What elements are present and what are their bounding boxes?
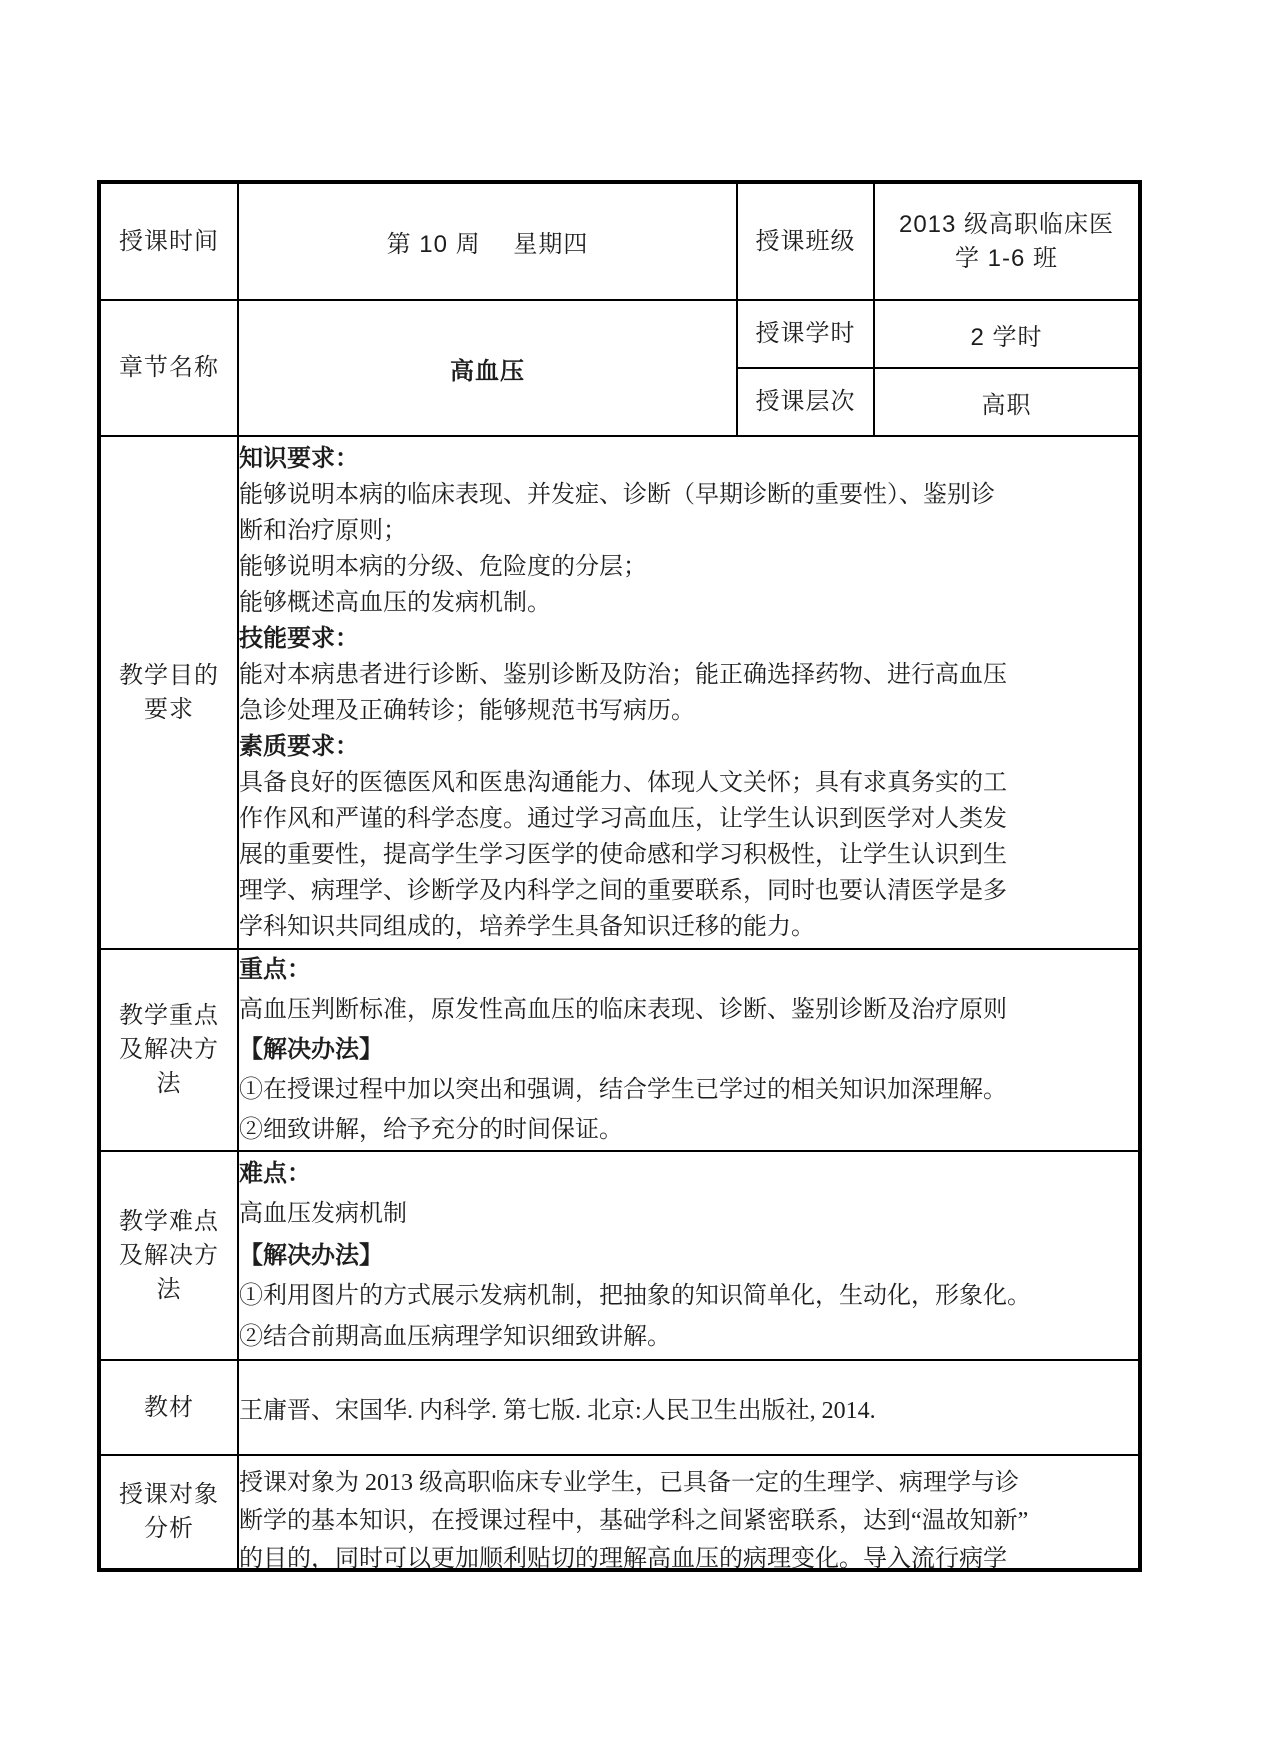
text-line: 具备良好的医德医风和医患沟通能力、体现人文关怀；具有求真务实的工 — [239, 765, 1138, 801]
label-chapter: 章节名称 — [99, 300, 238, 436]
clipped-text-block: 授课对象为 2013 级高职临床专业学生，已具备一定的生理学、病理学与诊 断学的… — [239, 1456, 1138, 1568]
lesson-plan-sheet: 授课时间 第 10 周 星期四 授课班级 2013 级高职临床医 学 1-6 班… — [97, 180, 1142, 1572]
label-line: 及解决方 — [101, 1033, 237, 1067]
label-line: 教学重点 — [101, 999, 237, 1033]
text-line: 高血压发病机制 — [239, 1194, 1138, 1235]
text-line: 能够说明本病的临床表现、并发症、诊断（早期诊断的重要性）、鉴别诊 — [239, 477, 1138, 513]
text-line: ①在授课过程中加以突出和强调，结合学生已学过的相关知识加深理解。 — [239, 1070, 1138, 1110]
content-audience: 授课对象为 2013 级高职临床专业学生，已具备一定的生理学、病理学与诊 断学的… — [238, 1455, 1140, 1570]
label-line: 授课对象 — [101, 1478, 237, 1512]
text-line: 作作风和严谨的科学态度。通过学习高血压，让学生认识到医学对人类发 — [239, 801, 1138, 837]
value-hours: 2 学时 — [874, 300, 1140, 368]
label-audience: 授课对象 分析 — [99, 1455, 238, 1570]
label-objectives: 教学目的 要求 — [99, 436, 238, 949]
text-line: 学 1-6 班 — [875, 242, 1138, 276]
row-chapter-hours: 章节名称 高血压 授课学时 2 学时 — [99, 300, 1140, 368]
content-key-points: 重点： 高血压判断标准，原发性高血压的临床表现、诊断、鉴别诊断及治疗原则 【解决… — [238, 949, 1140, 1151]
label-teaching-time: 授课时间 — [99, 182, 238, 300]
label-class-group: 授课班级 — [737, 182, 874, 300]
text-line: 展的重要性，提高学生学习医学的使命感和学习积极性，让学生认识到生 — [239, 837, 1138, 873]
text-line: 急诊处理及正确转诊；能够规范书写病历。 — [239, 693, 1138, 729]
label-difficult-points: 教学难点 及解决方 法 — [99, 1151, 238, 1360]
text-line: 能够概述高血压的发病机制。 — [239, 585, 1138, 621]
row-audience: 授课对象 分析 授课对象为 2013 级高职临床专业学生，已具备一定的生理学、病… — [99, 1455, 1140, 1570]
label-line: 教学难点 — [101, 1205, 237, 1239]
row-key-points: 教学重点 及解决方 法 重点： 高血压判断标准，原发性高血压的临床表现、诊断、鉴… — [99, 949, 1140, 1151]
text-line: 能对本病患者进行诊断、鉴别诊断及防治；能正确选择药物、进行高血压 — [239, 657, 1138, 693]
value-chapter: 高血压 — [238, 300, 737, 436]
text-line: 授课对象为 2013 级高职临床专业学生，已具备一定的生理学、病理学与诊 — [239, 1464, 1138, 1502]
section-heading: 重点： — [239, 950, 1138, 990]
text-line: ②结合前期高血压病理学知识细致讲解。 — [239, 1317, 1138, 1358]
section-heading: 素质要求： — [239, 729, 1138, 765]
text-line: 的目的，同时可以更加顺利贴切的理解高血压的病理变化。导入流行病学 — [239, 1540, 1138, 1568]
label-line: 教学目的 — [101, 659, 237, 693]
value-level: 高职 — [874, 368, 1140, 436]
row-difficult-points: 教学难点 及解决方 法 难点： 高血压发病机制 【解决办法】 ①利用图片的方式展… — [99, 1151, 1140, 1360]
value-class-group: 2013 级高职临床医 学 1-6 班 — [874, 182, 1140, 300]
content-difficult-points: 难点： 高血压发病机制 【解决办法】 ①利用图片的方式展示发病机制，把抽象的知识… — [238, 1151, 1140, 1360]
section-heading: 难点： — [239, 1153, 1138, 1194]
label-line: 及解决方 — [101, 1239, 237, 1273]
text-line: ②细致讲解，给予充分的时间保证。 — [239, 1110, 1138, 1150]
text-line: 能够说明本病的分级、危险度的分层； — [239, 549, 1138, 585]
text-line: 断学的基本知识，在授课过程中，基础学科之间紧密联系，达到“温故知新” — [239, 1502, 1138, 1540]
label-line: 要求 — [101, 693, 237, 727]
label-textbook: 教材 — [99, 1360, 238, 1455]
lesson-plan-table: 授课时间 第 10 周 星期四 授课班级 2013 级高职临床医 学 1-6 班… — [97, 180, 1142, 1572]
content-objectives: 知识要求： 能够说明本病的临床表现、并发症、诊断（早期诊断的重要性）、鉴别诊 断… — [238, 436, 1140, 949]
section-heading: 技能要求： — [239, 621, 1138, 657]
text-line: 高血压判断标准，原发性高血压的临床表现、诊断、鉴别诊断及治疗原则 — [239, 990, 1138, 1030]
label-level: 授课层次 — [737, 368, 874, 436]
row-time: 授课时间 第 10 周 星期四 授课班级 2013 级高职临床医 学 1-6 班 — [99, 182, 1140, 300]
text-line: ①利用图片的方式展示发病机制，把抽象的知识简单化，生动化，形象化。 — [239, 1276, 1138, 1317]
row-objectives: 教学目的 要求 知识要求： 能够说明本病的临床表现、并发症、诊断（早期诊断的重要… — [99, 436, 1140, 949]
value-teaching-time: 第 10 周 星期四 — [238, 182, 737, 300]
label-key-points: 教学重点 及解决方 法 — [99, 949, 238, 1151]
section-heading: 【解决办法】 — [239, 1030, 1138, 1070]
row-textbook: 教材 王庸晋、宋国华. 内科学. 第七版. 北京:人民卫生出版社, 2014. — [99, 1360, 1140, 1455]
text-line: 断和治疗原则； — [239, 513, 1138, 549]
text-line: 2013 级高职临床医 — [875, 208, 1138, 242]
label-line: 法 — [101, 1273, 237, 1307]
content-textbook: 王庸晋、宋国华. 内科学. 第七版. 北京:人民卫生出版社, 2014. — [238, 1360, 1140, 1455]
text-line: 理学、病理学、诊断学及内科学之间的重要联系，同时也要认清医学是多 — [239, 873, 1138, 909]
section-heading: 知识要求： — [239, 441, 1138, 477]
label-hours: 授课学时 — [737, 300, 874, 368]
label-line: 分析 — [101, 1512, 237, 1546]
text-line: 学科知识共同组成的，培养学生具备知识迁移的能力。 — [239, 909, 1138, 945]
label-line: 法 — [101, 1067, 237, 1101]
section-heading: 【解决办法】 — [239, 1235, 1138, 1276]
